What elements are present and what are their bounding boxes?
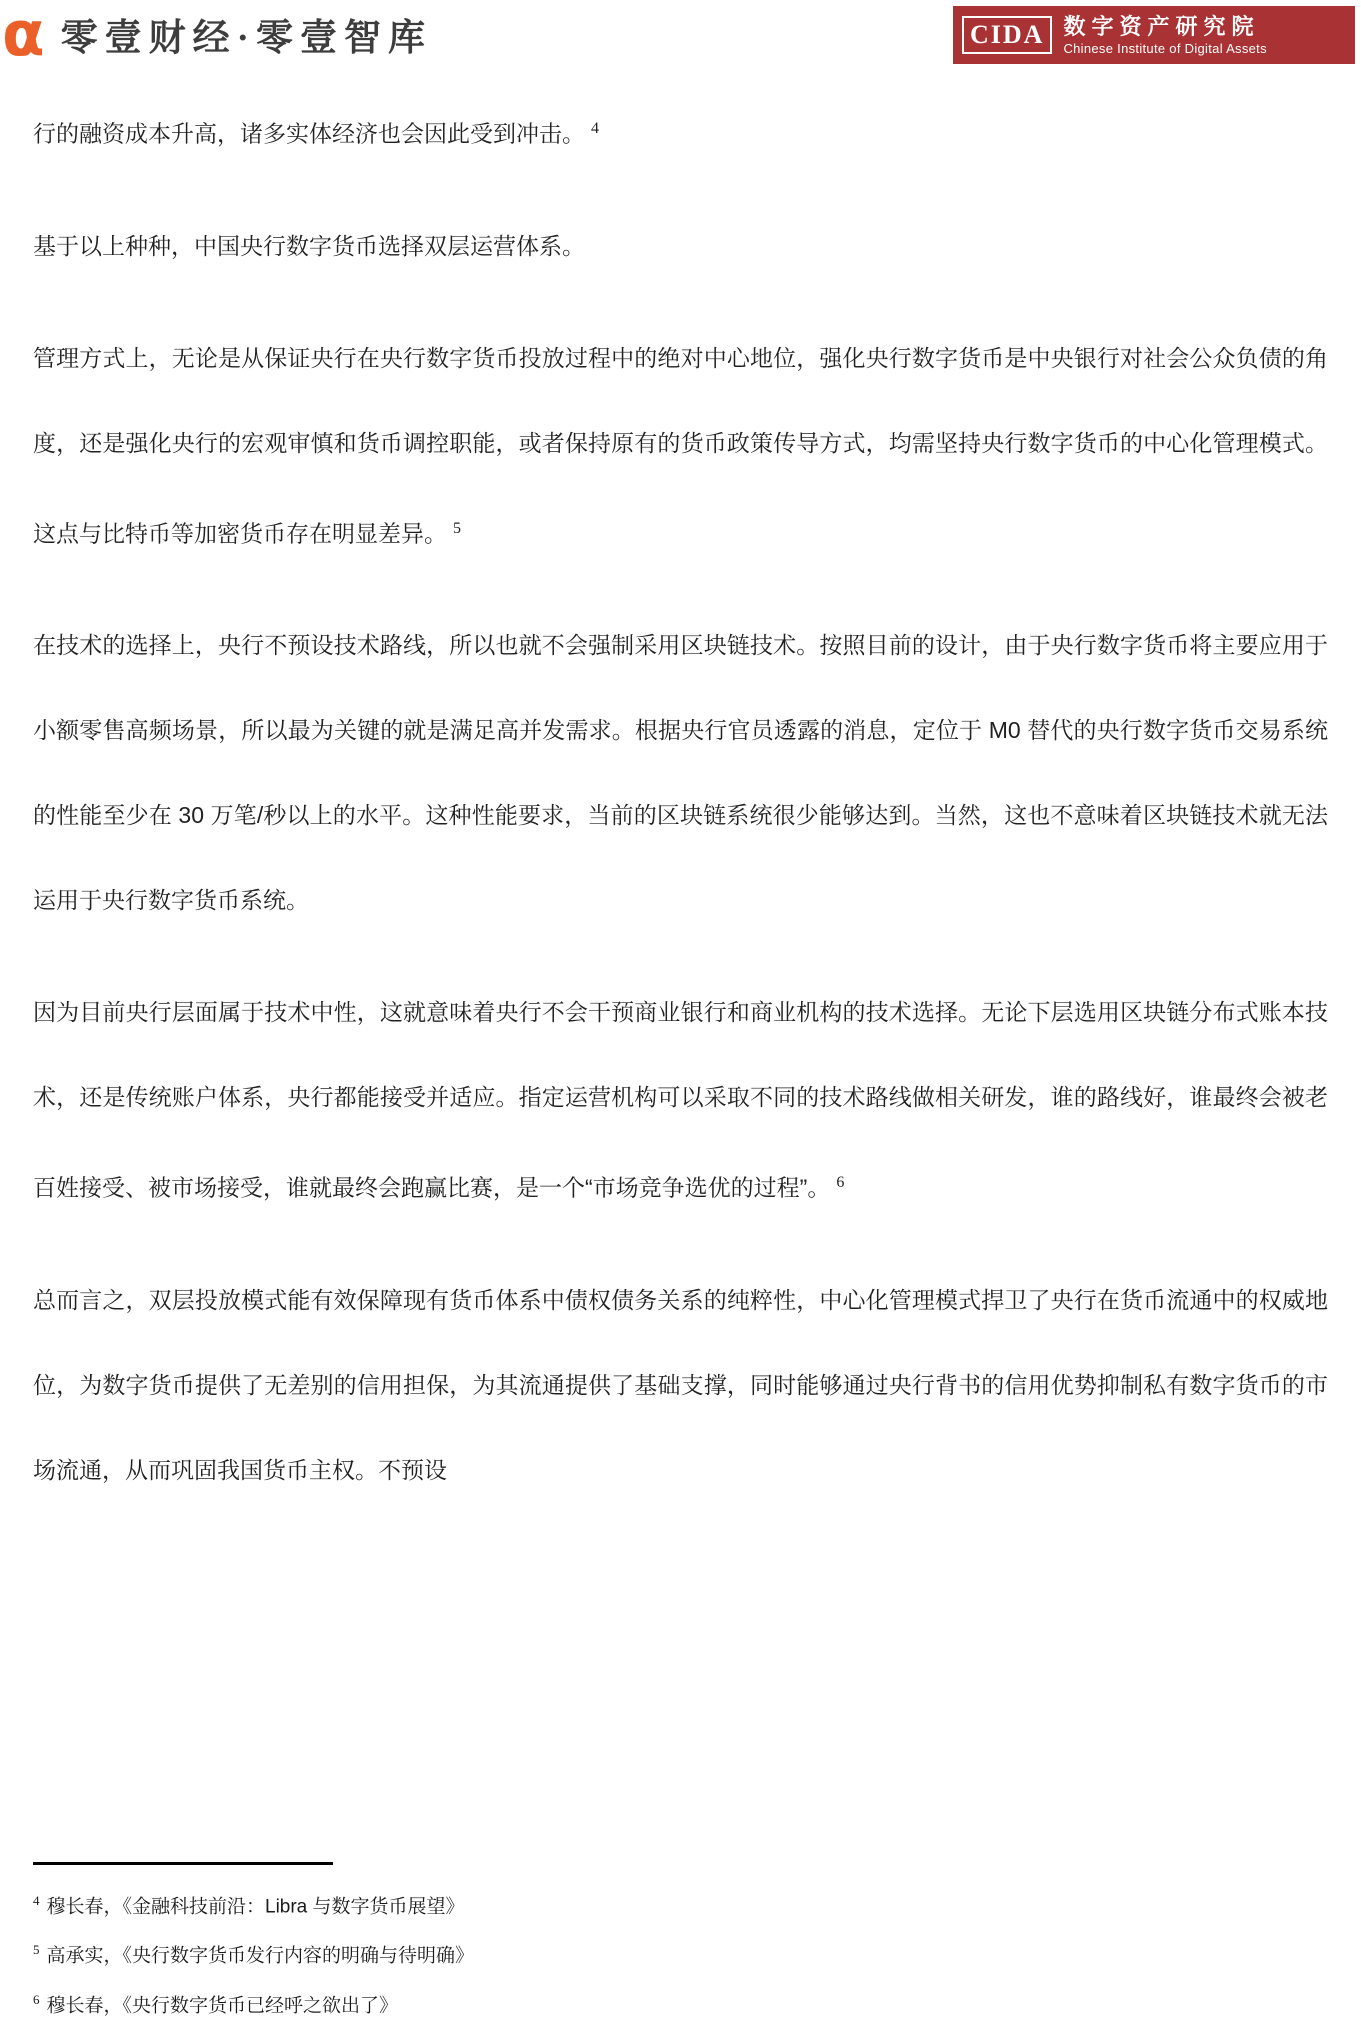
footnote-ref: 5	[453, 520, 461, 537]
footnote: 4穆长春，《金融科技前沿：Libra 与数字货币展望》	[33, 1879, 1328, 1928]
cida-names: 数字资产研究院 Chinese Institute of Digital Ass…	[1063, 13, 1266, 56]
footnote-marker: 5	[33, 1942, 40, 1957]
cida-name-en: Chinese Institute of Digital Assets	[1063, 41, 1266, 57]
paragraph: 行的融资成本升高，诸多实体经济也会因此受到冲击。4	[33, 86, 1328, 177]
cida-logo: CIDA 数字资产研究院 Chinese Institute of Digita…	[953, 6, 1355, 64]
paragraph-text: 在技术的选择上，央行不预设技术路线，所以也就不会强制采用区块链技术。按照目前的设…	[33, 632, 1328, 913]
paragraph: 因为目前央行层面属于技术中性，这就意味着央行不会干预商业银行和商业机构的技术选择…	[33, 970, 1328, 1231]
paragraph: 管理方式上，无论是从保证央行在央行数字货币投放过程中的绝对中心地位，强化央行数字…	[33, 316, 1328, 577]
paragraph: 在技术的选择上，央行不预设技术路线，所以也就不会强制采用区块链技术。按照目前的设…	[33, 603, 1328, 943]
01caijing-logo: α 零壹财经·零壹智库	[2, 5, 432, 63]
footnote-marker: 6	[33, 1992, 40, 2007]
paragraph-text: 行的融资成本升高，诸多实体经济也会因此受到冲击。	[33, 121, 585, 147]
footnote-ref: 4	[591, 120, 599, 137]
page-header: α 零壹财经·零壹智库 CIDA 数字资产研究院 Chinese Institu…	[0, 0, 1361, 72]
footnote-separator	[33, 1862, 333, 1865]
document-page: α 零壹财经·零壹智库 CIDA 数字资产研究院 Chinese Institu…	[0, 0, 1361, 2033]
paragraph-text: 因为目前央行层面属于技术中性，这就意味着央行不会干预商业银行和商业机构的技术选择…	[33, 999, 1328, 1201]
paragraph-text: 基于以上种种，中国央行数字货币选择双层运营体系。	[33, 233, 585, 259]
footnote: 6穆长春，《央行数字货币已经呼之欲出了》	[33, 1978, 1328, 2027]
alpha-logo-icon: α	[2, 5, 45, 63]
footnote-text: 高承实，《央行数字货币发行内容的明确与待明确》	[47, 1946, 475, 1967]
footnote-text: 穆长春，《央行数字货币已经呼之欲出了》	[47, 1995, 399, 2016]
paragraph: 总而言之，双层投放模式能有效保障现有货币体系中债权债务关系的纯粹性，中心化管理模…	[33, 1258, 1328, 1513]
footnote-ref: 6	[836, 1174, 844, 1191]
paragraph: 基于以上种种，中国央行数字货币选择双层运营体系。	[33, 204, 1328, 289]
document-body: 行的融资成本升高，诸多实体经济也会因此受到冲击。4 基于以上种种，中国央行数字货…	[0, 86, 1361, 1513]
brand-title: 零壹财经·零壹智库	[61, 7, 432, 61]
cida-name-cn: 数字资产研究院	[1063, 13, 1266, 41]
paragraph-text: 管理方式上，无论是从保证央行在央行数字货币投放过程中的绝对中心地位，强化央行数字…	[33, 345, 1328, 547]
footnote-text: 穆长春，《金融科技前沿：Libra 与数字货币展望》	[47, 1896, 465, 1917]
paragraph-text: 总而言之，双层投放模式能有效保障现有货币体系中债权债务关系的纯粹性，中心化管理模…	[33, 1287, 1328, 1483]
footnote-marker: 4	[33, 1893, 40, 1908]
cida-acronym-badge: CIDA	[962, 16, 1052, 54]
footnote: 5高承实，《央行数字货币发行内容的明确与待明确》	[33, 1928, 1328, 1977]
footnotes-section: 4穆长春，《金融科技前沿：Libra 与数字货币展望》 5高承实，《央行数字货币…	[33, 1862, 1328, 2027]
